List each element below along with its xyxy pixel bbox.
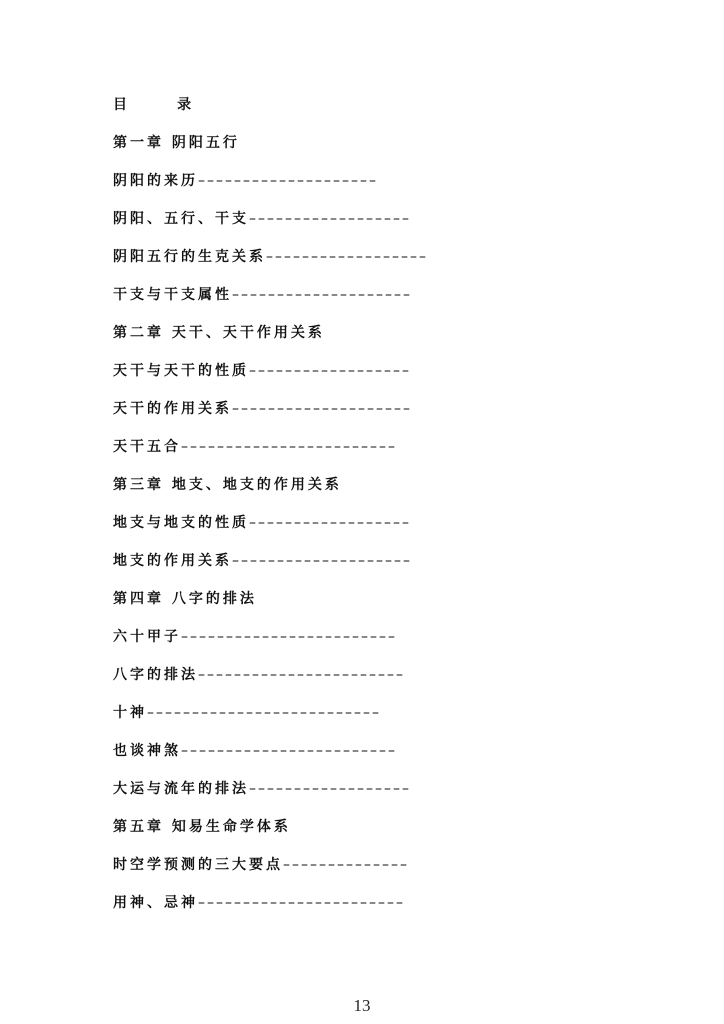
toc-entry: 用神、忌神–––––––––––––––––––––––: [113, 892, 493, 930]
toc-entry: 大运与流年的排法––––––––––––––––––: [113, 778, 493, 816]
toc-entry-label: 天干的作用关系: [113, 398, 232, 420]
toc-entry-label: 第一章 阴阳五行: [113, 132, 240, 154]
toc-entry-label: 地支与地支的性质: [113, 512, 249, 534]
toc-entry-label: 阴阳五行的生克关系: [113, 246, 266, 268]
toc-chapter-heading: 第四章 八字的排法: [113, 588, 493, 626]
dot-leader: ––––––––––––––––––––––––––: [147, 702, 478, 724]
dot-leader: –––––––––––––––––––––––: [198, 892, 478, 914]
page-number: 13: [0, 996, 724, 1016]
toc-entry-label: 天干五合: [113, 436, 181, 458]
dot-leader: ––––––––––––––––––: [249, 778, 478, 800]
toc-chapter-heading: 第二章 天干、天干作用关系: [113, 322, 493, 360]
toc-entry-label: 阴阳、五行、干支: [113, 208, 249, 230]
toc-entry: 阴阳、五行、干支––––––––––––––––––: [113, 208, 493, 246]
dot-leader: ––––––––––––––––––––: [232, 284, 478, 306]
toc-entry: 天干与天干的性质––––––––––––––––––: [113, 360, 493, 398]
dot-leader: ––––––––––––––––––––––––: [181, 740, 478, 762]
toc-entry-label: 第三章 地支、地支的作用关系: [113, 474, 342, 496]
toc-entry-label: 干支与干支属性: [113, 284, 232, 306]
toc-entry: 十神––––––––––––––––––––––––––: [113, 702, 493, 740]
toc-entry-label: 第二章 天干、天干作用关系: [113, 322, 325, 344]
dot-leader: ––––––––––––––––––––: [198, 170, 478, 192]
dot-leader: ––––––––––––––––––––: [232, 398, 478, 420]
dot-leader: ––––––––––––––––––: [249, 360, 478, 382]
toc-entry: 阴阳五行的生克关系––––––––––––––––––: [113, 246, 493, 284]
dot-leader: ––––––––––––––––––: [249, 512, 478, 534]
toc-title: 目 录: [113, 94, 493, 132]
toc-chapter-heading: 第一章 阴阳五行: [113, 132, 493, 170]
dot-leader: ––––––––––––––––––––: [232, 550, 478, 572]
toc-entry: 阴阳的来历 ––––––––––––––––––––: [113, 170, 493, 208]
toc-rows: 第一章 阴阳五行阴阳的来历 ––––––––––––––––––––阴阳、五行、…: [113, 132, 493, 930]
dot-leader: ––––––––––––––––––––––––: [181, 626, 478, 648]
dot-leader: ––––––––––––––––––: [249, 208, 478, 230]
dot-leader: ––––––––––––––: [283, 854, 478, 876]
dot-leader: ––––––––––––––––––: [266, 246, 478, 268]
toc-entry-label: 六十甲子: [113, 626, 181, 648]
toc-entry: 地支的作用关系––––––––––––––––––––: [113, 550, 493, 588]
toc-chapter-heading: 第三章 地支、地支的作用关系: [113, 474, 493, 512]
toc-entry: 八字的排法–––––––––––––––––––––––: [113, 664, 493, 702]
toc-entry: 也谈神煞––––––––––––––––––––––––: [113, 740, 493, 778]
toc-entry: 时空学预测的三大要点––––––––––––––: [113, 854, 493, 892]
toc-entry-label: 第四章 八字的排法: [113, 588, 257, 610]
toc-entry-label: 地支的作用关系: [113, 550, 232, 572]
toc-entry-label: 也谈神煞: [113, 740, 181, 762]
dot-leader: –––––––––––––––––––––––: [198, 664, 478, 686]
table-of-contents: 目 录 第一章 阴阳五行阴阳的来历 ––––––––––––––––––––阴阳…: [113, 94, 493, 930]
toc-entry-label: 阴阳的来历: [113, 170, 198, 192]
toc-entry-label: 十神: [113, 702, 147, 724]
toc-entry: 天干的作用关系––––––––––––––––––––: [113, 398, 493, 436]
toc-entry-label: 用神、忌神: [113, 892, 198, 914]
toc-entry: 地支与地支的性质––––––––––––––––––: [113, 512, 493, 550]
dot-leader: ––––––––––––––––––––––––: [181, 436, 478, 458]
toc-entry-label: 时空学预测的三大要点: [113, 854, 283, 876]
toc-entry-label: 大运与流年的排法: [113, 778, 249, 800]
toc-entry-label: 八字的排法: [113, 664, 198, 686]
toc-entry-label: 第五章 知易生命学体系: [113, 816, 291, 838]
toc-chapter-heading: 第五章 知易生命学体系: [113, 816, 493, 854]
toc-entry: 干支与干支属性––––––––––––––––––––: [113, 284, 493, 322]
toc-entry-label: 天干与天干的性质: [113, 360, 249, 382]
toc-entry: 天干五合––––––––––––––––––––––––: [113, 436, 493, 474]
toc-entry: 六十甲子––––––––––––––––––––––––: [113, 626, 493, 664]
